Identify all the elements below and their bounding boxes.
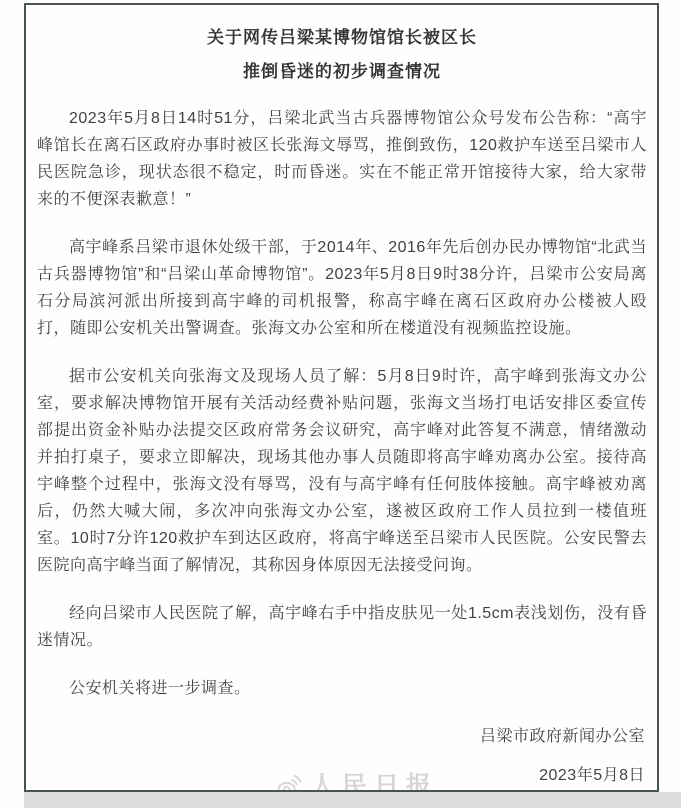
paragraph-further-investigation: 公安机关将进一步调查。: [37, 675, 647, 702]
signature-office: 吕梁市政府新闻办公室: [37, 723, 645, 750]
document-title-line-1: 关于网传吕梁某博物馆馆长被区长: [37, 27, 647, 49]
bottom-strip: [24, 792, 681, 808]
document-title-line-2: 推倒昏迷的初步调查情况: [37, 61, 647, 83]
signature-block: 吕梁市政府新闻办公室 2023年5月8日: [37, 723, 647, 789]
paragraph-investigation-details: 据市公安机关向张海文及现场人员了解：5月8日9时许，高宇峰到张海文办公室，要求解…: [37, 363, 647, 579]
statement-sheet: 关于网传吕梁某博物馆馆长被区长 推倒昏迷的初步调查情况 2023年5月8日14时…: [24, 3, 659, 792]
paragraph-background-and-police-report: 高宇峰系吕梁市退休处级干部，于2014年、2016年先后创办民办博物馆“北武当古…: [37, 234, 647, 342]
document-body: 2023年5月8日14时51分，吕梁北武当古兵器博物馆公众号发布公告称：“高宇峰…: [37, 105, 647, 702]
paragraph-museum-announcement: 2023年5月8日14时51分，吕梁北武当古兵器博物馆公众号发布公告称：“高宇峰…: [37, 105, 647, 213]
statement-page: 关于网传吕梁某博物馆馆长被区长 推倒昏迷的初步调查情况 2023年5月8日14时…: [0, 0, 681, 808]
signature-date: 2023年5月8日: [37, 762, 645, 789]
paragraph-hospital-findings: 经向吕梁市人民医院了解，高宇峰右手中指皮肤见一处1.5cm表浅划伤，没有昏迷情况…: [37, 600, 647, 654]
